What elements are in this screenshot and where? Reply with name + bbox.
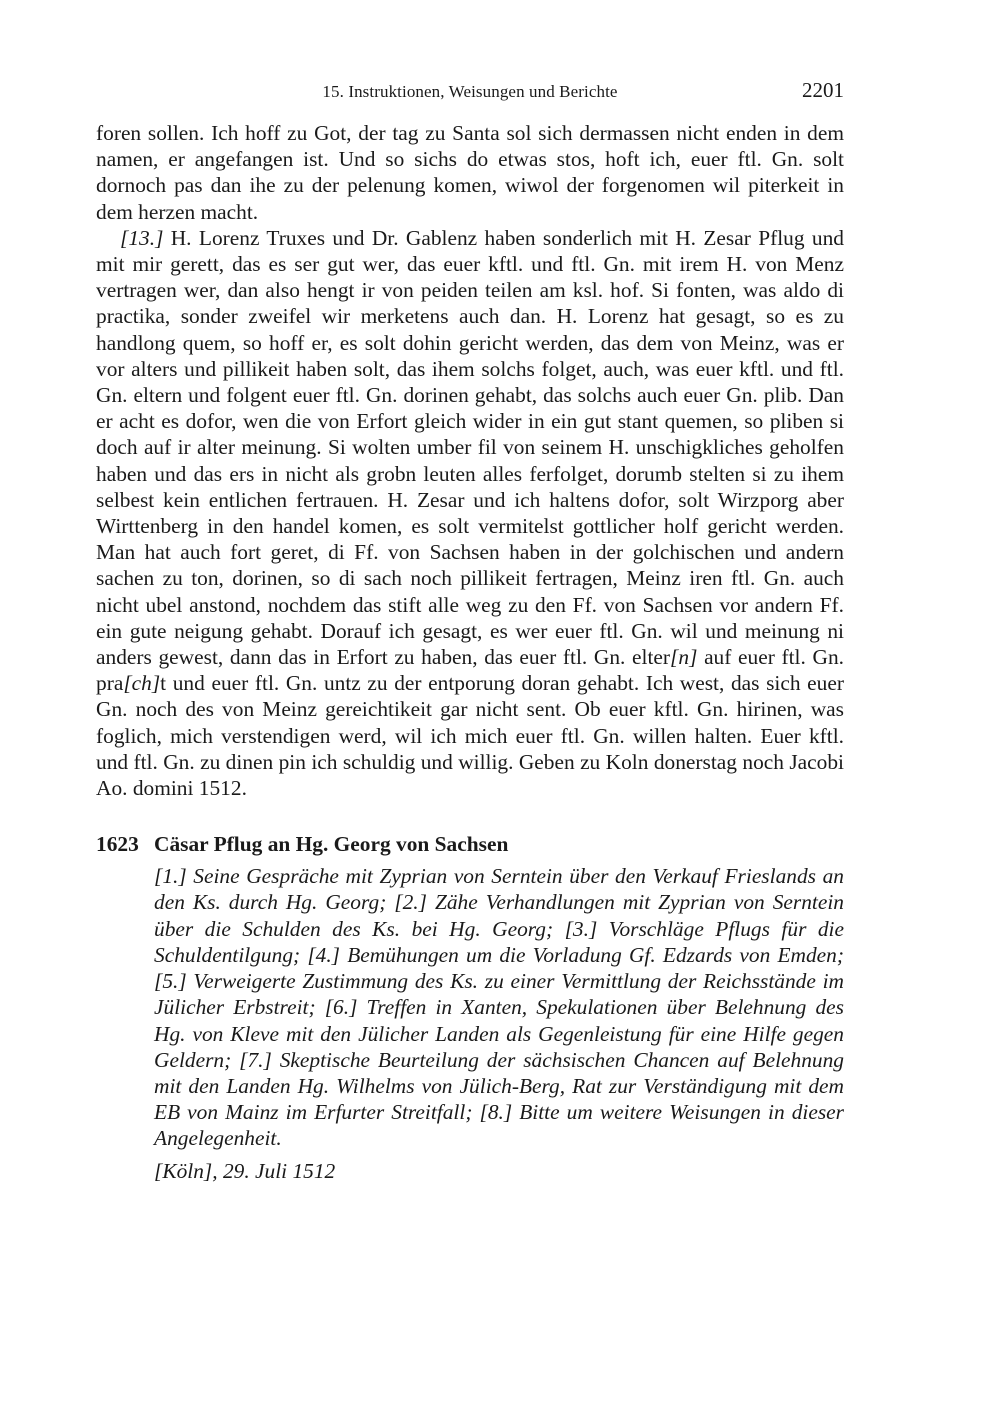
document-number: 1623 [96, 831, 154, 857]
editorial-insertion: [ch] [123, 671, 160, 695]
page-number: 2201 [802, 78, 844, 103]
document-heading: 1623 Cäsar Pflug an Hg. Georg von Sachse… [96, 831, 844, 857]
document-dateline: [Köln], 29. Juli 1512 [154, 1158, 844, 1184]
section-marker: [13.] [120, 226, 163, 250]
paragraph-13: [13.] H. Lorenz Truxes und Dr. Gablenz h… [96, 225, 844, 801]
paragraph-text: t und euer ftl. Gn. untz zu der entporun… [96, 671, 844, 800]
running-head-title: 15. Instruktionen, Weisungen und Bericht… [96, 82, 844, 102]
document-title: Cäsar Pflug an Hg. Georg von Sachsen [154, 831, 508, 857]
letter-body: foren sollen. Ich hoff zu Got, der tag z… [96, 120, 844, 801]
editorial-insertion: [n] [670, 645, 697, 669]
document-regest: [1.] Seine Gespräche mit Zyprian von Ser… [154, 863, 844, 1151]
paragraph-continuation: foren sollen. Ich hoff zu Got, der tag z… [96, 120, 844, 225]
paragraph-text: H. Lorenz Truxes und Dr. Gablenz haben s… [96, 226, 844, 669]
document-page: 15. Instruktionen, Weisungen und Bericht… [96, 78, 844, 1184]
running-head: 15. Instruktionen, Weisungen und Bericht… [96, 78, 844, 106]
